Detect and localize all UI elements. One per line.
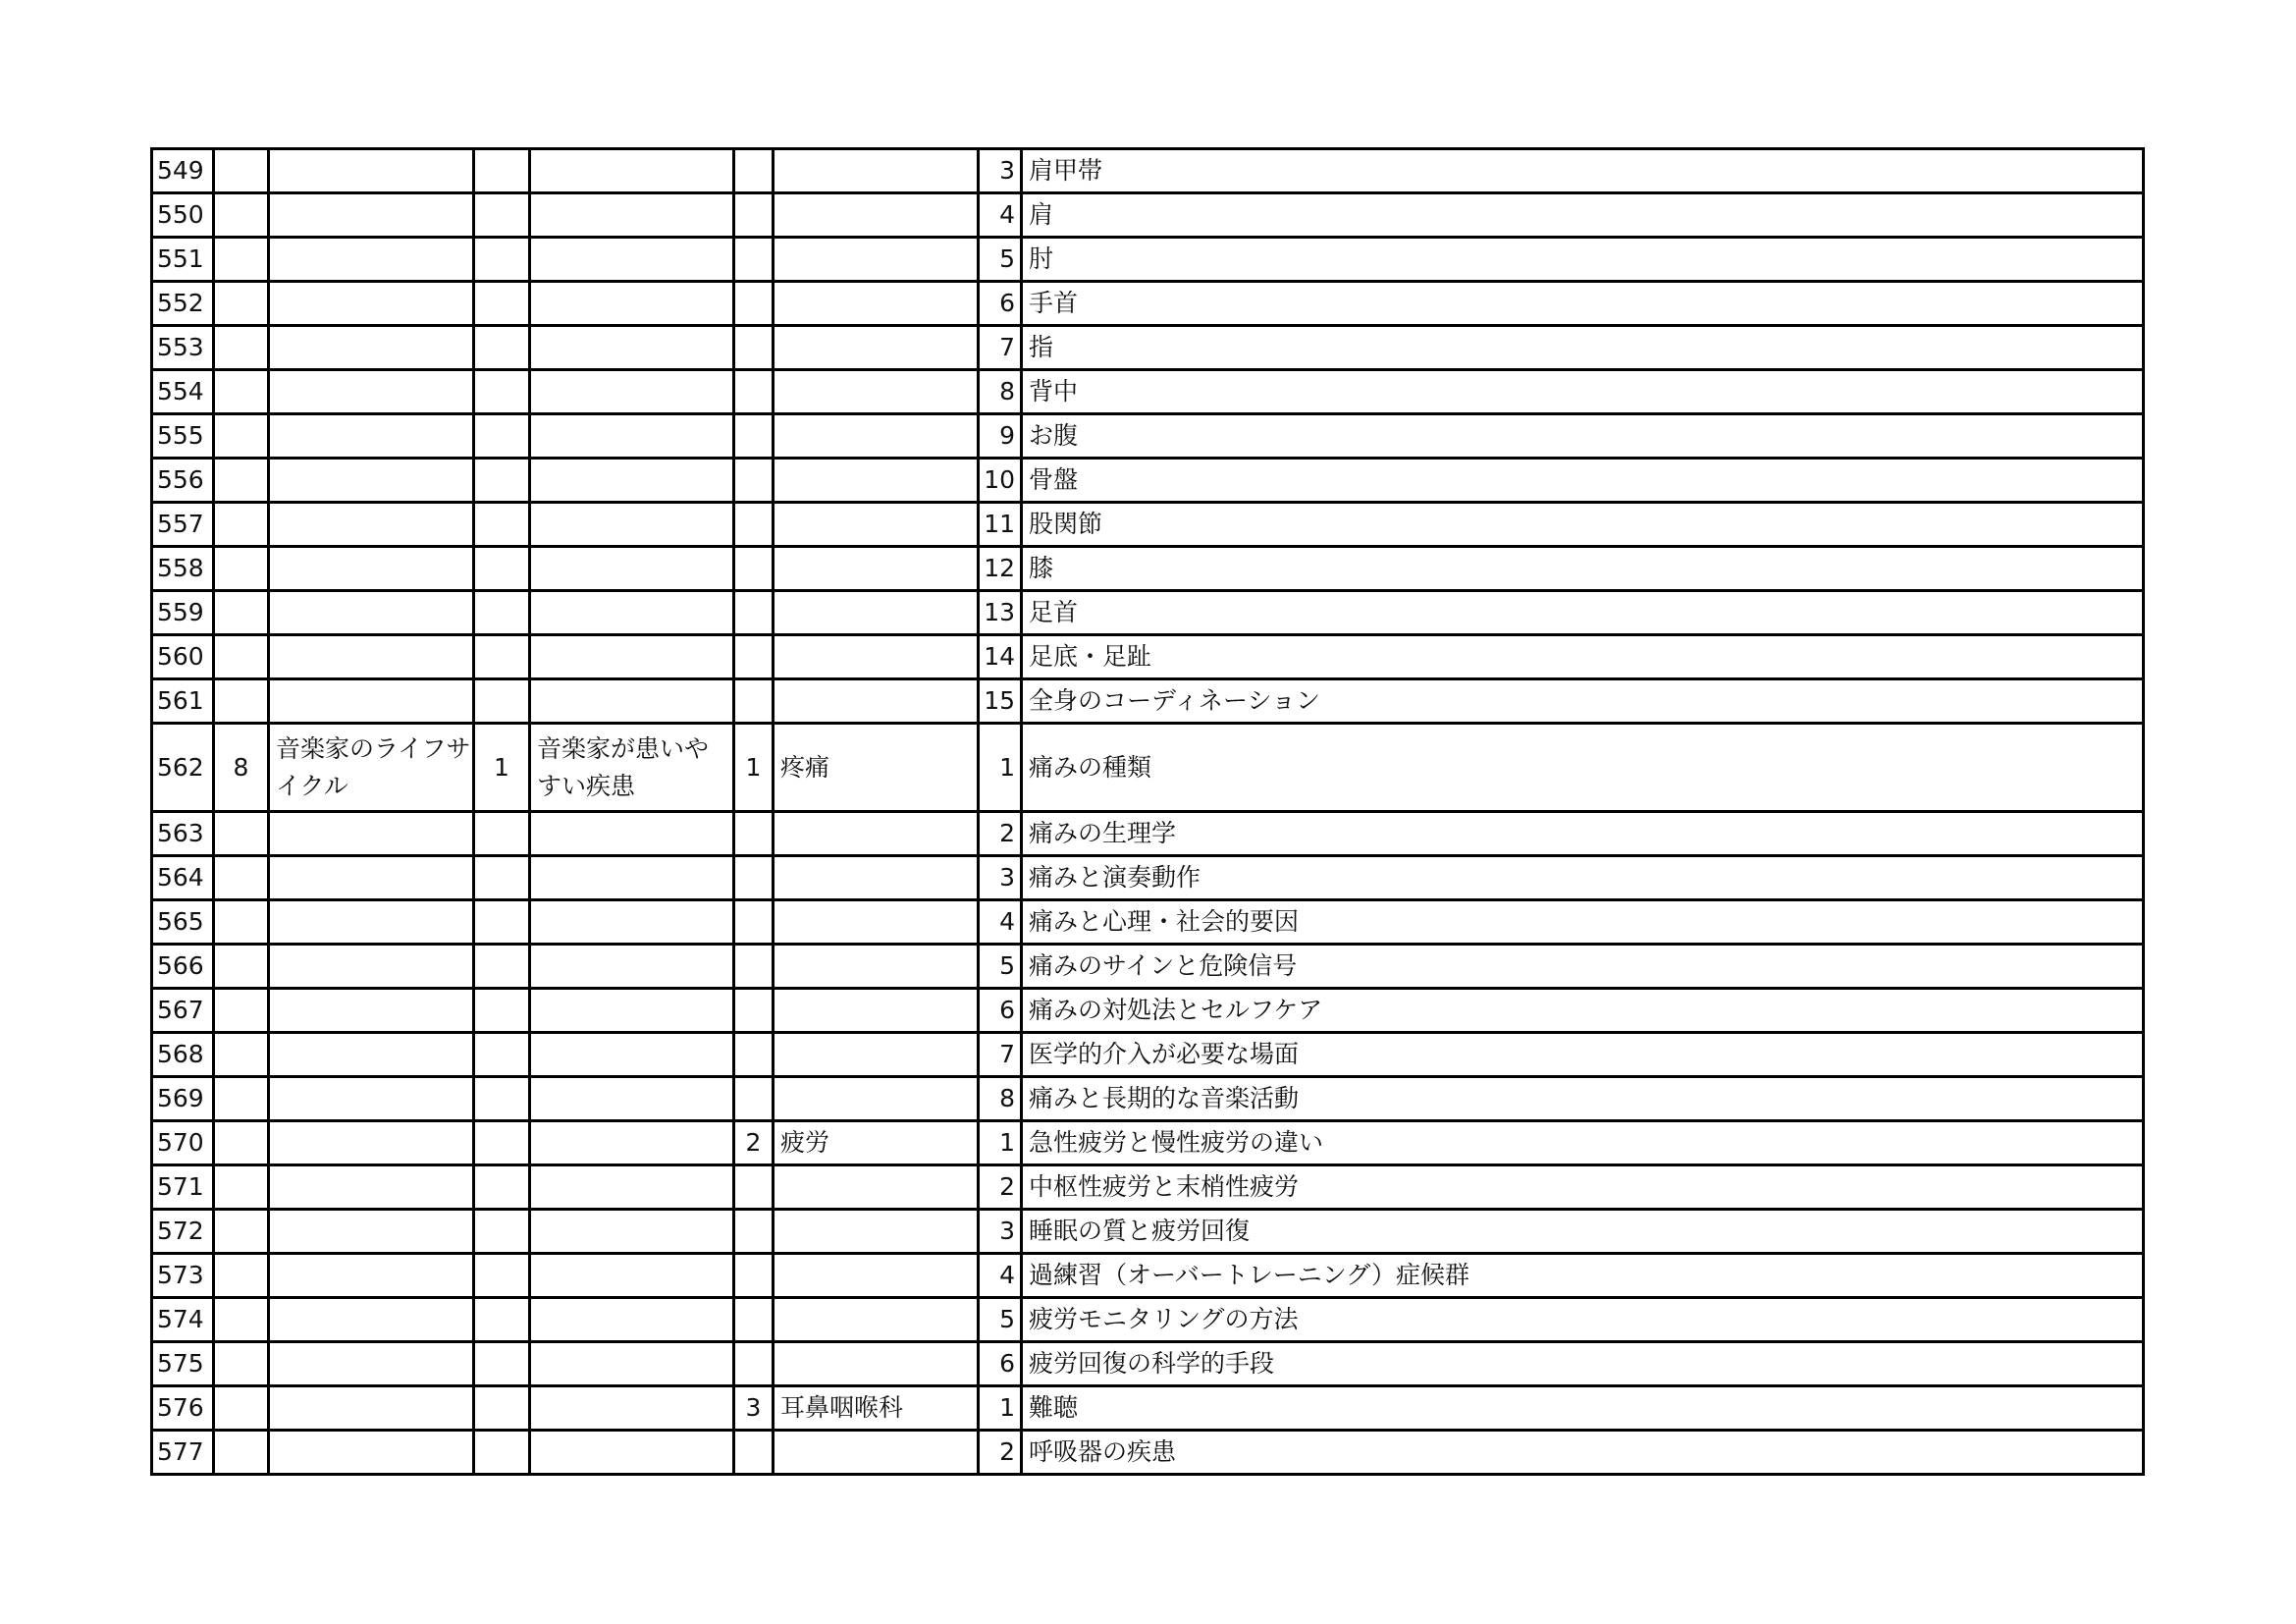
table-row: 567 6 痛みの対処法とセルフケア	[152, 989, 2144, 1033]
table-row: 549 3 肩甲帯	[152, 149, 2144, 193]
chapter-title-cell	[269, 370, 474, 414]
table-row: 571 2 中枢性疲労と末梢性疲労	[152, 1165, 2144, 1210]
item-number-cell: 3	[979, 856, 1022, 900]
section-number-cell	[474, 326, 530, 370]
section-title-cell	[530, 1298, 734, 1342]
item-title-cell: 痛みと長期的な音楽活動	[1022, 1077, 2144, 1121]
subsection-title-cell	[774, 1210, 979, 1254]
row-number-cell: 571	[152, 1165, 214, 1210]
table-body: 549 3 肩甲帯 550 4 肩 551 5 肘 552	[152, 149, 2144, 1475]
item-title-cell: 足首	[1022, 591, 2144, 635]
section-title-cell	[530, 989, 734, 1033]
subsection-title-cell	[774, 459, 979, 503]
chapter-title-cell	[269, 1077, 474, 1121]
subsection-number-cell: 2	[734, 1121, 774, 1165]
section-title-cell	[530, 282, 734, 326]
chapter-number-cell	[214, 547, 269, 591]
section-number-cell	[474, 1121, 530, 1165]
item-number-cell: 1	[979, 1386, 1022, 1431]
subsection-number-cell	[734, 591, 774, 635]
section-title-cell	[530, 812, 734, 856]
chapter-number-cell	[214, 1254, 269, 1298]
item-title-cell: 骨盤	[1022, 459, 2144, 503]
table-row: 570 2 疲労 1 急性疲労と慢性疲労の違い	[152, 1121, 2144, 1165]
section-title-cell	[530, 1431, 734, 1475]
chapter-number-cell	[214, 1121, 269, 1165]
chapter-number-cell	[214, 812, 269, 856]
item-number-cell: 4	[979, 1254, 1022, 1298]
chapter-title-cell	[269, 945, 474, 989]
row-number-cell: 568	[152, 1033, 214, 1077]
item-number-cell: 6	[979, 1342, 1022, 1386]
section-title-cell	[530, 547, 734, 591]
item-title-cell: 中枢性疲労と末梢性疲労	[1022, 1165, 2144, 1210]
row-number-cell: 552	[152, 282, 214, 326]
item-title-cell: 難聴	[1022, 1386, 2144, 1431]
item-title-cell: 手首	[1022, 282, 2144, 326]
subsection-number-cell	[734, 414, 774, 459]
chapter-number-cell	[214, 503, 269, 547]
table-row: 566 5 痛みのサインと危険信号	[152, 945, 2144, 989]
chapter-title-cell	[269, 812, 474, 856]
subsection-title-cell	[774, 1033, 979, 1077]
chapter-number-cell	[214, 900, 269, 945]
table-row: 557 11 股関節	[152, 503, 2144, 547]
subsection-number-cell	[734, 193, 774, 238]
chapter-title-cell	[269, 459, 474, 503]
chapter-title-cell	[269, 989, 474, 1033]
subsection-number-cell	[734, 900, 774, 945]
table-row: 556 10 骨盤	[152, 459, 2144, 503]
section-number-cell	[474, 945, 530, 989]
subsection-title-cell	[774, 900, 979, 945]
item-number-cell: 5	[979, 238, 1022, 282]
row-number-cell: 569	[152, 1077, 214, 1121]
item-title-cell: 背中	[1022, 370, 2144, 414]
chapter-number-cell	[214, 1342, 269, 1386]
section-title-cell	[530, 1033, 734, 1077]
subsection-title-cell	[774, 193, 979, 238]
item-title-cell: 痛みのサインと危険信号	[1022, 945, 2144, 989]
item-number-cell: 4	[979, 193, 1022, 238]
subsection-number-cell	[734, 1210, 774, 1254]
chapter-title-cell	[269, 1033, 474, 1077]
chapter-title-cell	[269, 1121, 474, 1165]
subsection-title-cell: 疼痛	[774, 724, 979, 812]
chapter-number-cell	[214, 149, 269, 193]
item-title-cell: 股関節	[1022, 503, 2144, 547]
item-title-cell: お腹	[1022, 414, 2144, 459]
section-title-cell	[530, 193, 734, 238]
chapter-title-cell	[269, 900, 474, 945]
chapter-title-cell	[269, 1431, 474, 1475]
chapter-number-cell	[214, 591, 269, 635]
table-row: 560 14 足底・足趾	[152, 635, 2144, 679]
table-row: 564 3 痛みと演奏動作	[152, 856, 2144, 900]
item-number-cell: 1	[979, 1121, 1022, 1165]
table-row: 574 5 疲労モニタリングの方法	[152, 1298, 2144, 1342]
subsection-number-cell	[734, 370, 774, 414]
section-number-cell	[474, 1077, 530, 1121]
subsection-title-cell	[774, 1298, 979, 1342]
table-row: 565 4 痛みと心理・社会的要因	[152, 900, 2144, 945]
table-row: 559 13 足首	[152, 591, 2144, 635]
subsection-number-cell: 3	[734, 1386, 774, 1431]
chapter-number-cell	[214, 635, 269, 679]
chapter-number-cell	[214, 945, 269, 989]
subsection-title-cell	[774, 1342, 979, 1386]
section-number-cell	[474, 149, 530, 193]
subsection-number-cell	[734, 1254, 774, 1298]
section-title-cell	[530, 503, 734, 547]
row-number-cell: 564	[152, 856, 214, 900]
chapter-title-cell	[269, 856, 474, 900]
row-number-cell: 562	[152, 724, 214, 812]
section-number-cell	[474, 1431, 530, 1475]
item-title-cell: 指	[1022, 326, 2144, 370]
subsection-title-cell	[774, 503, 979, 547]
row-number-cell: 572	[152, 1210, 214, 1254]
chapter-number-cell	[214, 1386, 269, 1431]
item-number-cell: 2	[979, 1431, 1022, 1475]
item-title-cell: 痛みの種類	[1022, 724, 2144, 812]
subsection-number-cell	[734, 1033, 774, 1077]
row-number-cell: 570	[152, 1121, 214, 1165]
section-number-cell	[474, 1298, 530, 1342]
table-row: 575 6 疲労回復の科学的手段	[152, 1342, 2144, 1386]
chapter-title-cell	[269, 1210, 474, 1254]
table-row: 555 9 お腹	[152, 414, 2144, 459]
item-number-cell: 8	[979, 370, 1022, 414]
item-number-cell: 2	[979, 1165, 1022, 1210]
item-number-cell: 12	[979, 547, 1022, 591]
subsection-title-cell	[774, 856, 979, 900]
table-row: 568 7 医学的介入が必要な場面	[152, 1033, 2144, 1077]
section-number-cell	[474, 1210, 530, 1254]
item-title-cell: 疲労回復の科学的手段	[1022, 1342, 2144, 1386]
subsection-title-cell	[774, 812, 979, 856]
section-number-cell	[474, 238, 530, 282]
table-row: 569 8 痛みと長期的な音楽活動	[152, 1077, 2144, 1121]
curriculum-table-container: 549 3 肩甲帯 550 4 肩 551 5 肘 552	[150, 147, 2145, 1476]
item-number-cell: 3	[979, 1210, 1022, 1254]
subsection-title-cell	[774, 679, 979, 724]
row-number-cell: 574	[152, 1298, 214, 1342]
table-row: 550 4 肩	[152, 193, 2144, 238]
section-title-cell	[530, 238, 734, 282]
chapter-number-cell	[214, 459, 269, 503]
chapter-number-cell	[214, 1077, 269, 1121]
item-number-cell: 1	[979, 724, 1022, 812]
item-number-cell: 6	[979, 989, 1022, 1033]
section-number-cell	[474, 679, 530, 724]
table-row: 576 3 耳鼻咽喉科 1 難聴	[152, 1386, 2144, 1431]
item-title-cell: 肩甲帯	[1022, 149, 2144, 193]
item-title-cell: 過練習（オーバートレーニング）症候群	[1022, 1254, 2144, 1298]
item-title-cell: 肩	[1022, 193, 2144, 238]
subsection-number-cell	[734, 1431, 774, 1475]
row-number-cell: 555	[152, 414, 214, 459]
subsection-number-cell	[734, 1298, 774, 1342]
item-number-cell: 9	[979, 414, 1022, 459]
item-number-cell: 10	[979, 459, 1022, 503]
table-row: 553 7 指	[152, 326, 2144, 370]
section-number-cell	[474, 591, 530, 635]
section-title-cell	[530, 1254, 734, 1298]
subsection-number-cell	[734, 1165, 774, 1210]
subsection-number-cell	[734, 989, 774, 1033]
item-title-cell: 膝	[1022, 547, 2144, 591]
section-title-cell: 音楽家が患いやすい疾患	[530, 724, 734, 812]
row-number-cell: 550	[152, 193, 214, 238]
curriculum-table: 549 3 肩甲帯 550 4 肩 551 5 肘 552	[150, 147, 2145, 1476]
subsection-title-cell	[774, 989, 979, 1033]
subsection-title-cell	[774, 1431, 979, 1475]
section-title-cell	[530, 1386, 734, 1431]
row-number-cell: 551	[152, 238, 214, 282]
table-row: 558 12 膝	[152, 547, 2144, 591]
row-number-cell: 560	[152, 635, 214, 679]
row-number-cell: 575	[152, 1342, 214, 1386]
row-number-cell: 566	[152, 945, 214, 989]
chapter-number-cell: 8	[214, 724, 269, 812]
subsection-title-cell	[774, 238, 979, 282]
section-number-cell	[474, 282, 530, 326]
chapter-title-cell	[269, 591, 474, 635]
item-number-cell: 6	[979, 282, 1022, 326]
row-number-cell: 567	[152, 989, 214, 1033]
section-title-cell	[530, 856, 734, 900]
section-title-cell	[530, 1165, 734, 1210]
chapter-title-cell	[269, 193, 474, 238]
subsection-title-cell	[774, 1077, 979, 1121]
chapter-number-cell	[214, 1165, 269, 1210]
table-row: 577 2 呼吸器の疾患	[152, 1431, 2144, 1475]
row-number-cell: 576	[152, 1386, 214, 1431]
subsection-title-cell	[774, 326, 979, 370]
subsection-number-cell	[734, 812, 774, 856]
row-number-cell: 559	[152, 591, 214, 635]
chapter-title-cell	[269, 1386, 474, 1431]
item-title-cell: 全身のコーディネーション	[1022, 679, 2144, 724]
table-row: 551 5 肘	[152, 238, 2144, 282]
section-title-cell	[530, 635, 734, 679]
section-number-cell	[474, 1342, 530, 1386]
subsection-title-cell	[774, 945, 979, 989]
chapter-title-cell	[269, 1342, 474, 1386]
chapter-title-cell	[269, 503, 474, 547]
item-title-cell: 肘	[1022, 238, 2144, 282]
item-title-cell: 痛みの対処法とセルフケア	[1022, 989, 2144, 1033]
section-title-cell	[530, 370, 734, 414]
item-number-cell: 11	[979, 503, 1022, 547]
row-number-cell: 554	[152, 370, 214, 414]
section-number-cell	[474, 193, 530, 238]
chapter-number-cell	[214, 414, 269, 459]
chapter-number-cell	[214, 1298, 269, 1342]
item-title-cell: 足底・足趾	[1022, 635, 2144, 679]
section-number-cell	[474, 1033, 530, 1077]
chapter-number-cell	[214, 193, 269, 238]
chapter-title-cell: 音楽家のライフサイクル	[269, 724, 474, 812]
section-number-cell	[474, 635, 530, 679]
subsection-number-cell	[734, 238, 774, 282]
chapter-title-cell	[269, 238, 474, 282]
row-number-cell: 556	[152, 459, 214, 503]
chapter-number-cell	[214, 1431, 269, 1475]
chapter-number-cell	[214, 1210, 269, 1254]
section-number-cell	[474, 989, 530, 1033]
row-number-cell: 563	[152, 812, 214, 856]
chapter-number-cell	[214, 679, 269, 724]
row-number-cell: 549	[152, 149, 214, 193]
row-number-cell: 573	[152, 1254, 214, 1298]
item-title-cell: 睡眠の質と疲労回復	[1022, 1210, 2144, 1254]
subsection-title-cell	[774, 282, 979, 326]
section-title-cell	[530, 679, 734, 724]
section-number-cell	[474, 547, 530, 591]
section-number-cell	[474, 503, 530, 547]
table-row: 563 2 痛みの生理学	[152, 812, 2144, 856]
item-number-cell: 7	[979, 1033, 1022, 1077]
item-title-cell: 医学的介入が必要な場面	[1022, 1033, 2144, 1077]
chapter-title-cell	[269, 1298, 474, 1342]
section-number-cell	[474, 414, 530, 459]
row-number-cell: 561	[152, 679, 214, 724]
subsection-title-cell	[774, 591, 979, 635]
subsection-title-cell	[774, 635, 979, 679]
section-title-cell	[530, 149, 734, 193]
item-title-cell: 疲労モニタリングの方法	[1022, 1298, 2144, 1342]
subsection-title-cell	[774, 149, 979, 193]
chapter-number-cell	[214, 282, 269, 326]
section-number-cell	[474, 1254, 530, 1298]
chapter-title-cell	[269, 679, 474, 724]
section-title-cell	[530, 414, 734, 459]
item-number-cell: 2	[979, 812, 1022, 856]
section-title-cell	[530, 1077, 734, 1121]
section-title-cell	[530, 459, 734, 503]
table-row: 554 8 背中	[152, 370, 2144, 414]
section-number-cell	[474, 1165, 530, 1210]
item-title-cell: 痛みと演奏動作	[1022, 856, 2144, 900]
table-row: 561 15 全身のコーディネーション	[152, 679, 2144, 724]
chapter-number-cell	[214, 1033, 269, 1077]
row-number-cell: 553	[152, 326, 214, 370]
item-number-cell: 14	[979, 635, 1022, 679]
chapter-number-cell	[214, 238, 269, 282]
subsection-number-cell	[734, 945, 774, 989]
chapter-title-cell	[269, 1165, 474, 1210]
subsection-title-cell	[774, 1165, 979, 1210]
item-title-cell: 痛みの生理学	[1022, 812, 2144, 856]
chapter-number-cell	[214, 370, 269, 414]
subsection-title-cell	[774, 370, 979, 414]
section-number-cell	[474, 1386, 530, 1431]
subsection-number-cell	[734, 503, 774, 547]
row-number-cell: 577	[152, 1431, 214, 1475]
section-number-cell	[474, 812, 530, 856]
item-number-cell: 4	[979, 900, 1022, 945]
item-number-cell: 3	[979, 149, 1022, 193]
item-number-cell: 5	[979, 945, 1022, 989]
table-row: 572 3 睡眠の質と疲労回復	[152, 1210, 2144, 1254]
section-title-cell	[530, 326, 734, 370]
table-row: 573 4 過練習（オーバートレーニング）症候群	[152, 1254, 2144, 1298]
subsection-number-cell	[734, 547, 774, 591]
chapter-title-cell	[269, 326, 474, 370]
subsection-number-cell	[734, 149, 774, 193]
item-number-cell: 8	[979, 1077, 1022, 1121]
subsection-number-cell	[734, 282, 774, 326]
subsection-number-cell	[734, 1342, 774, 1386]
subsection-title-cell	[774, 1254, 979, 1298]
chapter-title-cell	[269, 635, 474, 679]
chapter-title-cell	[269, 1254, 474, 1298]
chapter-title-cell	[269, 149, 474, 193]
section-title-cell	[530, 1121, 734, 1165]
subsection-number-cell	[734, 635, 774, 679]
item-number-cell: 5	[979, 1298, 1022, 1342]
subsection-number-cell	[734, 459, 774, 503]
section-number-cell	[474, 856, 530, 900]
section-number-cell	[474, 459, 530, 503]
subsection-title-cell: 耳鼻咽喉科	[774, 1386, 979, 1431]
chapter-title-cell	[269, 282, 474, 326]
table-row: 562 8 音楽家のライフサイクル 1 音楽家が患いやすい疾患 1 疼痛 1 痛…	[152, 724, 2144, 812]
section-number-cell	[474, 900, 530, 945]
subsection-number-cell: 1	[734, 724, 774, 812]
section-title-cell	[530, 1342, 734, 1386]
section-title-cell	[530, 900, 734, 945]
row-number-cell: 558	[152, 547, 214, 591]
chapter-title-cell	[269, 414, 474, 459]
section-title-cell	[530, 1210, 734, 1254]
subsection-title-cell	[774, 414, 979, 459]
item-number-cell: 13	[979, 591, 1022, 635]
chapter-number-cell	[214, 856, 269, 900]
chapter-number-cell	[214, 326, 269, 370]
section-number-cell: 1	[474, 724, 530, 812]
item-title-cell: 痛みと心理・社会的要因	[1022, 900, 2144, 945]
section-title-cell	[530, 945, 734, 989]
subsection-number-cell	[734, 679, 774, 724]
subsection-number-cell	[734, 1077, 774, 1121]
section-title-cell	[530, 591, 734, 635]
subsection-title-cell	[774, 547, 979, 591]
chapter-title-cell	[269, 547, 474, 591]
subsection-title-cell: 疲労	[774, 1121, 979, 1165]
row-number-cell: 557	[152, 503, 214, 547]
chapter-number-cell	[214, 989, 269, 1033]
row-number-cell: 565	[152, 900, 214, 945]
table-row: 552 6 手首	[152, 282, 2144, 326]
item-title-cell: 呼吸器の疾患	[1022, 1431, 2144, 1475]
section-number-cell	[474, 370, 530, 414]
item-title-cell: 急性疲労と慢性疲労の違い	[1022, 1121, 2144, 1165]
item-number-cell: 7	[979, 326, 1022, 370]
subsection-number-cell	[734, 326, 774, 370]
item-number-cell: 15	[979, 679, 1022, 724]
subsection-number-cell	[734, 856, 774, 900]
